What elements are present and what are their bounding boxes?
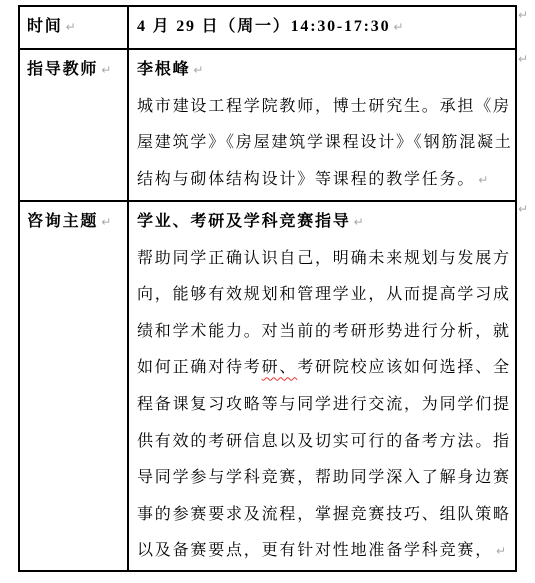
time-label-cell[interactable]: 时间↵ [19, 6, 128, 49]
paragraph-mark-icon: ↵ [101, 215, 111, 229]
topic-desc-line: 帮助同学正确认识自己，明确未来规划与发展方 [137, 241, 513, 278]
desc-text: 考研院校应该如何选择、全 [297, 359, 511, 376]
teacher-label: 指导教师 [27, 61, 98, 78]
row-end-mark-icon: ↵ [518, 202, 528, 216]
schedule-table: 时间↵ 4 月 29 日（周一）14:30-17:30↵ 指导教师↵ 李根峰↵ … [18, 5, 517, 572]
teacher-bio-text: 结构与砌体结构设计》等课程的教学任务。 [137, 171, 475, 188]
topic-title: 学业、考研及学科竞赛指导 [137, 213, 351, 230]
teacher-name: 李根峰 [137, 61, 190, 78]
topic-desc-line: 供有效的考研信息以及切实可行的备考方法。指 [137, 424, 513, 461]
paragraph-mark-icon: ↵ [393, 20, 403, 34]
paragraph-mark-icon: ↵ [496, 544, 506, 558]
time-value: 4 月 29 日（周一）14:30-17:30 [137, 18, 390, 35]
teacher-bio-line: 城市建设工程学院教师，博士研究生。承担《房 [137, 89, 513, 126]
paragraph-mark-icon: ↵ [193, 63, 203, 77]
row-end-mark-icon: ↵ [518, 8, 528, 22]
table-row-time: 时间↵ 4 月 29 日（周一）14:30-17:30↵ [19, 6, 516, 49]
teacher-bio-line: 结构与砌体结构设计》等课程的教学任务。↵ [137, 162, 513, 199]
paragraph-mark-icon: ↵ [478, 173, 488, 187]
table-row-topic: 咨询主题↵ 学业、考研及学科竞赛指导↵ 帮助同学正确认识自己，明确未来规划与发展… [19, 201, 516, 571]
topic-title-line: 学业、考研及学科竞赛指导↵ [137, 204, 513, 241]
topic-desc-line: 程备课复习攻略等与同学进行交流，为同学们提 [137, 387, 513, 424]
teacher-content-cell[interactable]: 李根峰↵ 城市建设工程学院教师，博士研究生。承担《房 屋建筑学》《房屋建筑学课程… [128, 49, 516, 201]
paragraph-mark-icon: ↵ [66, 20, 76, 34]
teacher-bio-line: 屋建筑学》《房屋建筑学课程设计》《钢筋混凝土 [137, 125, 513, 162]
paragraph-mark-icon: ↵ [101, 63, 111, 77]
topic-desc-line: 向，能够有效规划和管理学业，从而提高学习成 [137, 277, 513, 314]
misspelling-underline: 研、 [262, 359, 298, 376]
teacher-name-line: 李根峰↵ [137, 52, 513, 89]
desc-text: 以及备赛要点，更有针对性地准备学科竞赛， [137, 542, 493, 559]
topic-desc-line: 绩和学术能力。对当前的考研形势进行分析，就 [137, 314, 513, 351]
teacher-label-cell[interactable]: 指导教师↵ [19, 49, 128, 201]
topic-label: 咨询主题 [27, 213, 98, 230]
time-label: 时间 [27, 18, 63, 35]
desc-text: 如何正确对待考 [137, 359, 262, 376]
topic-content-cell[interactable]: 学业、考研及学科竞赛指导↵ 帮助同学正确认识自己，明确未来规划与发展方 向，能够… [128, 201, 516, 571]
topic-desc-line: 以及备赛要点，更有针对性地准备学科竞赛，↵ [137, 533, 513, 570]
topic-desc-line: 导同学参与学科竞赛，帮助同学深入了解身边赛 [137, 460, 513, 497]
topic-label-cell[interactable]: 咨询主题↵ [19, 201, 128, 571]
paragraph-mark-icon: ↵ [354, 215, 364, 229]
row-end-mark-icon: ↵ [518, 52, 528, 66]
topic-desc-line: 事的参赛要求及流程，掌握竞赛技巧、组队策略 [137, 497, 513, 534]
topic-desc-line-with-squiggle: 如何正确对待考研、考研院校应该如何选择、全 [137, 350, 513, 387]
time-value-cell[interactable]: 4 月 29 日（周一）14:30-17:30↵ [128, 6, 516, 49]
table-row-teacher: 指导教师↵ 李根峰↵ 城市建设工程学院教师，博士研究生。承担《房 屋建筑学》《房… [19, 49, 516, 201]
